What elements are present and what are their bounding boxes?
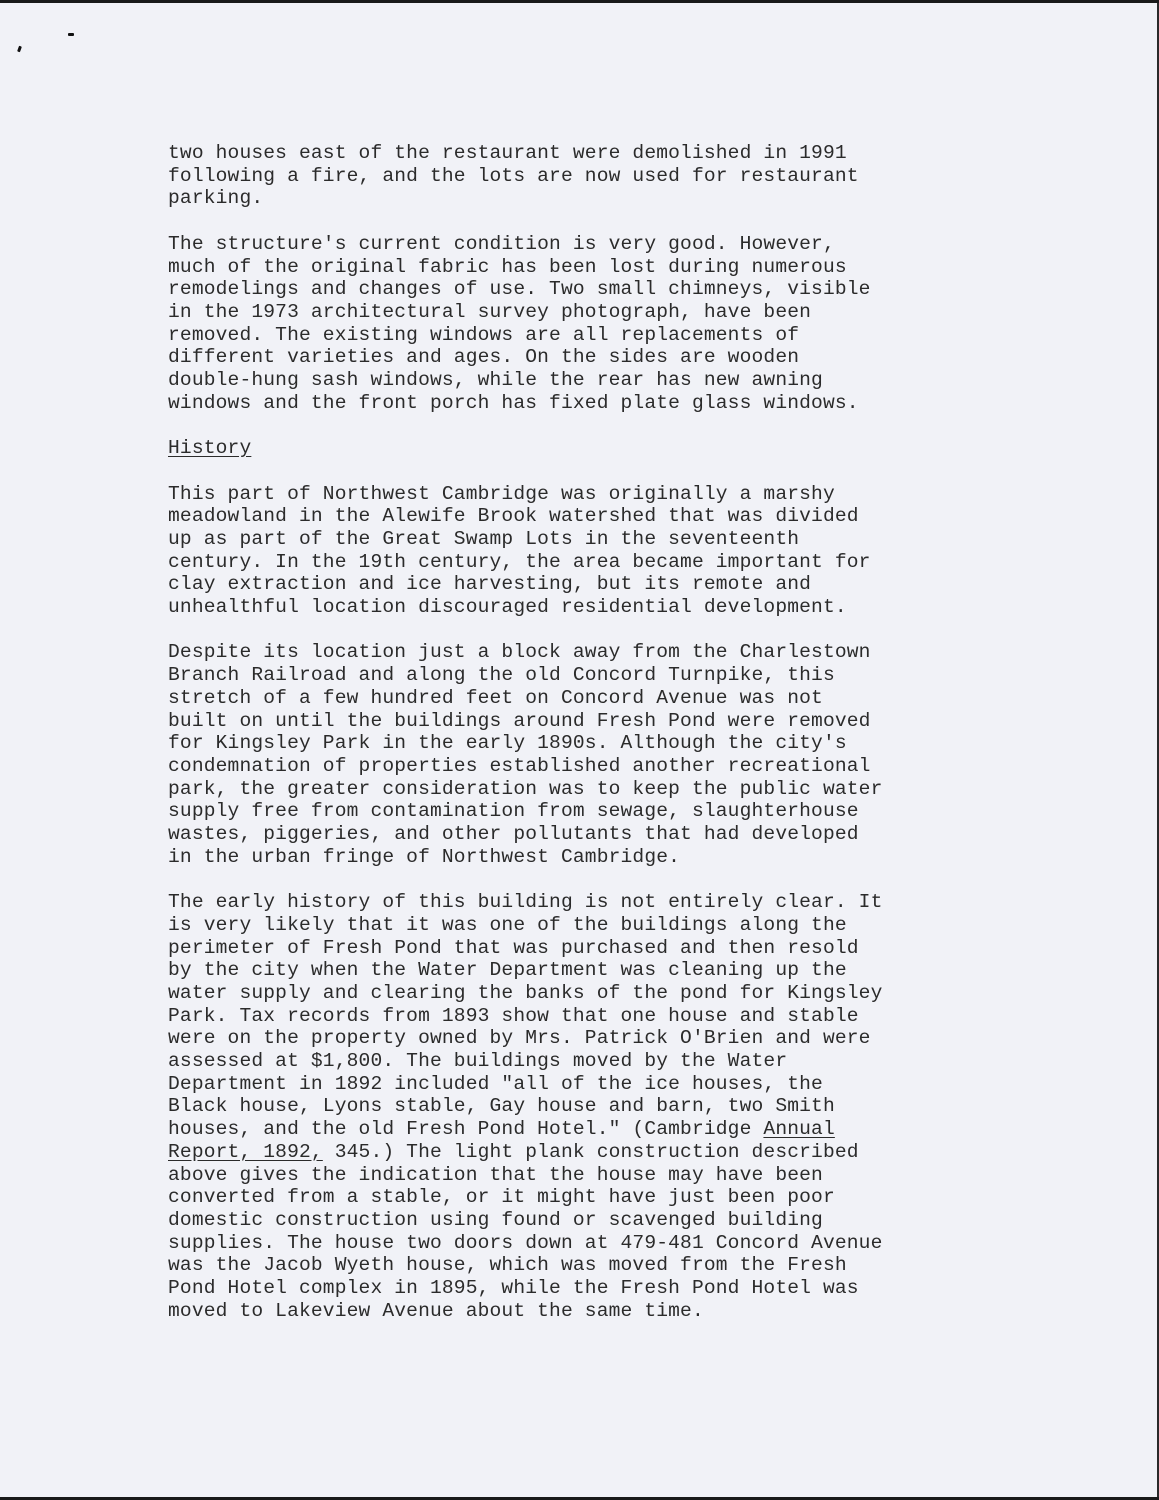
paragraph-condition: The structure's current condition is ver… (168, 233, 1028, 415)
document-body: two houses east of the restaurant were d… (168, 142, 1028, 1345)
section-heading-history: History (168, 437, 1028, 460)
paragraph-concord-avenue: Despite its location just a block away f… (168, 641, 1028, 868)
citation-title: Report, 1892, (168, 1141, 323, 1163)
scanned-page: two houses east of the restaurant were d… (0, 3, 1159, 1497)
scan-speck-mark (68, 33, 74, 36)
paragraph-early-history: The early history of this building is no… (168, 891, 1028, 1322)
scan-speck-mark (17, 46, 22, 53)
citation-title: Annual (763, 1118, 834, 1140)
paragraph-area-origins: This part of Northwest Cambridge was ori… (168, 483, 1028, 619)
paragraph-demolition: two houses east of the restaurant were d… (168, 142, 1028, 210)
